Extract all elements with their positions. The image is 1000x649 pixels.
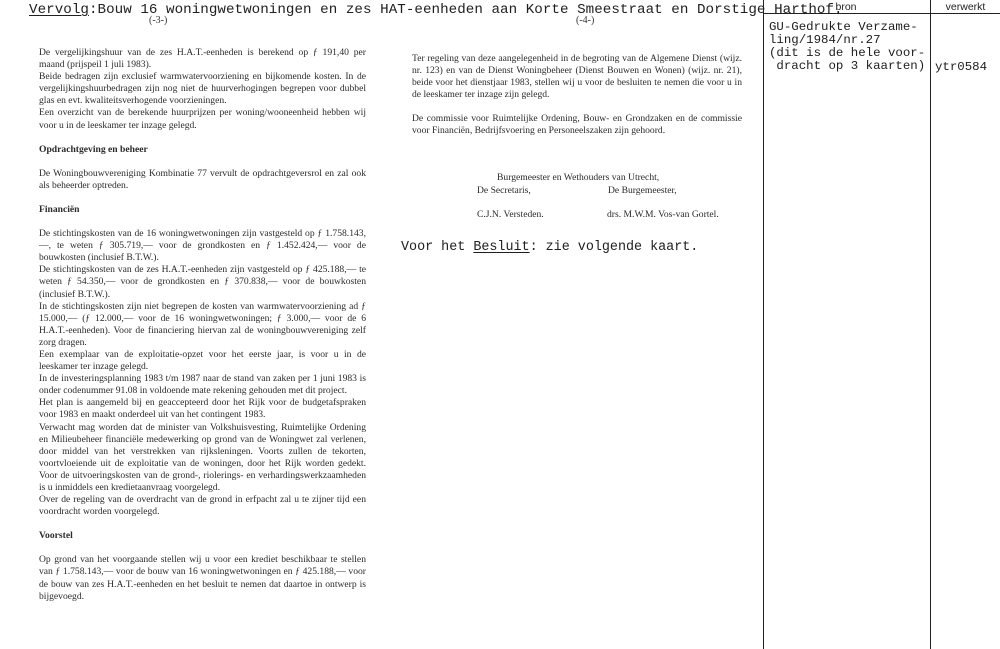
section-heading-financien: Financiën bbox=[39, 204, 366, 216]
besluit-link: Besluit bbox=[473, 240, 529, 255]
paragraph: Ter regeling van deze aangelegenheid in … bbox=[412, 53, 742, 101]
table-header-divider bbox=[763, 13, 1000, 14]
verwerkt-value: ytr0584 bbox=[935, 60, 987, 74]
table-border bbox=[763, 0, 764, 649]
page-number-3: (-3-) bbox=[149, 15, 167, 26]
paragraph: Verwacht mag worden dat de minister van … bbox=[39, 422, 366, 495]
paragraph: Beide bedragen zijn exclusief warmwaterv… bbox=[39, 71, 366, 107]
signature-mayor-title: De Burgemeester, bbox=[608, 185, 677, 196]
left-column: De vergelijkingshuur van de zes H.A.T.-e… bbox=[39, 47, 366, 603]
title-text: :Bouw 16 woningwetwoningen en zes HAT-ee… bbox=[89, 2, 843, 18]
column-header-verwerkt: verwerkt bbox=[931, 1, 1000, 13]
paragraph: De stichtingskosten van de zes H.A.T.-ee… bbox=[39, 264, 366, 300]
paragraph: De commissie voor Ruimtelijke Ordening, … bbox=[412, 113, 742, 137]
paragraph: Een overzicht van de berekende huurprijz… bbox=[39, 107, 366, 131]
bron-value: GU-Gedrukte Verzame- ling/1984/nr.27 (di… bbox=[769, 21, 925, 73]
signature-body: Burgemeester en Wethouders van Utrecht, bbox=[497, 172, 659, 183]
table-border bbox=[930, 0, 931, 649]
signature-secretary-name: C.J.N. Versteden. bbox=[477, 209, 544, 220]
signature-mayor-name: drs. M.W.M. Vos-van Gortel. bbox=[607, 209, 719, 220]
paragraph: De stichtingskosten van de 16 woningwetw… bbox=[39, 228, 366, 264]
title-prefix: Vervolg bbox=[29, 2, 89, 18]
page-number-4: (-4-) bbox=[576, 15, 594, 26]
paragraph: De vergelijkingshuur van de zes H.A.T.-e… bbox=[39, 47, 366, 71]
column-header-bron: bron bbox=[763, 1, 929, 13]
archive-table: bron verwerkt GU-Gedrukte Verzame- ling/… bbox=[763, 0, 1000, 649]
paragraph: Een exemplaar van de exploitatie-opzet v… bbox=[39, 349, 366, 373]
paragraph: In de stichtingskosten zijn niet begrepe… bbox=[39, 301, 366, 349]
paragraph: In de investeringsplanning 1983 t/m 1987… bbox=[39, 373, 366, 397]
paragraph: Op grond van het voorgaande stellen wij … bbox=[39, 554, 366, 602]
paragraph: De Woningbouwvereniging Kombinatie 77 ve… bbox=[39, 168, 366, 192]
section-heading-opdrachtgeving: Opdrachtgeving en beheer bbox=[39, 144, 366, 156]
besluit-reference: Voor het Besluit: zie volgende kaart. bbox=[401, 240, 698, 255]
paragraph: Over de regeling van de overdracht van d… bbox=[39, 494, 366, 518]
section-heading-voorstel: Voorstel bbox=[39, 530, 366, 542]
signature-secretary-title: De Secretaris, bbox=[477, 185, 531, 196]
paragraph: Het plan is aangemeld bij en geaccepteer… bbox=[39, 397, 366, 421]
middle-column: Ter regeling van deze aangelegenheid in … bbox=[412, 53, 742, 138]
